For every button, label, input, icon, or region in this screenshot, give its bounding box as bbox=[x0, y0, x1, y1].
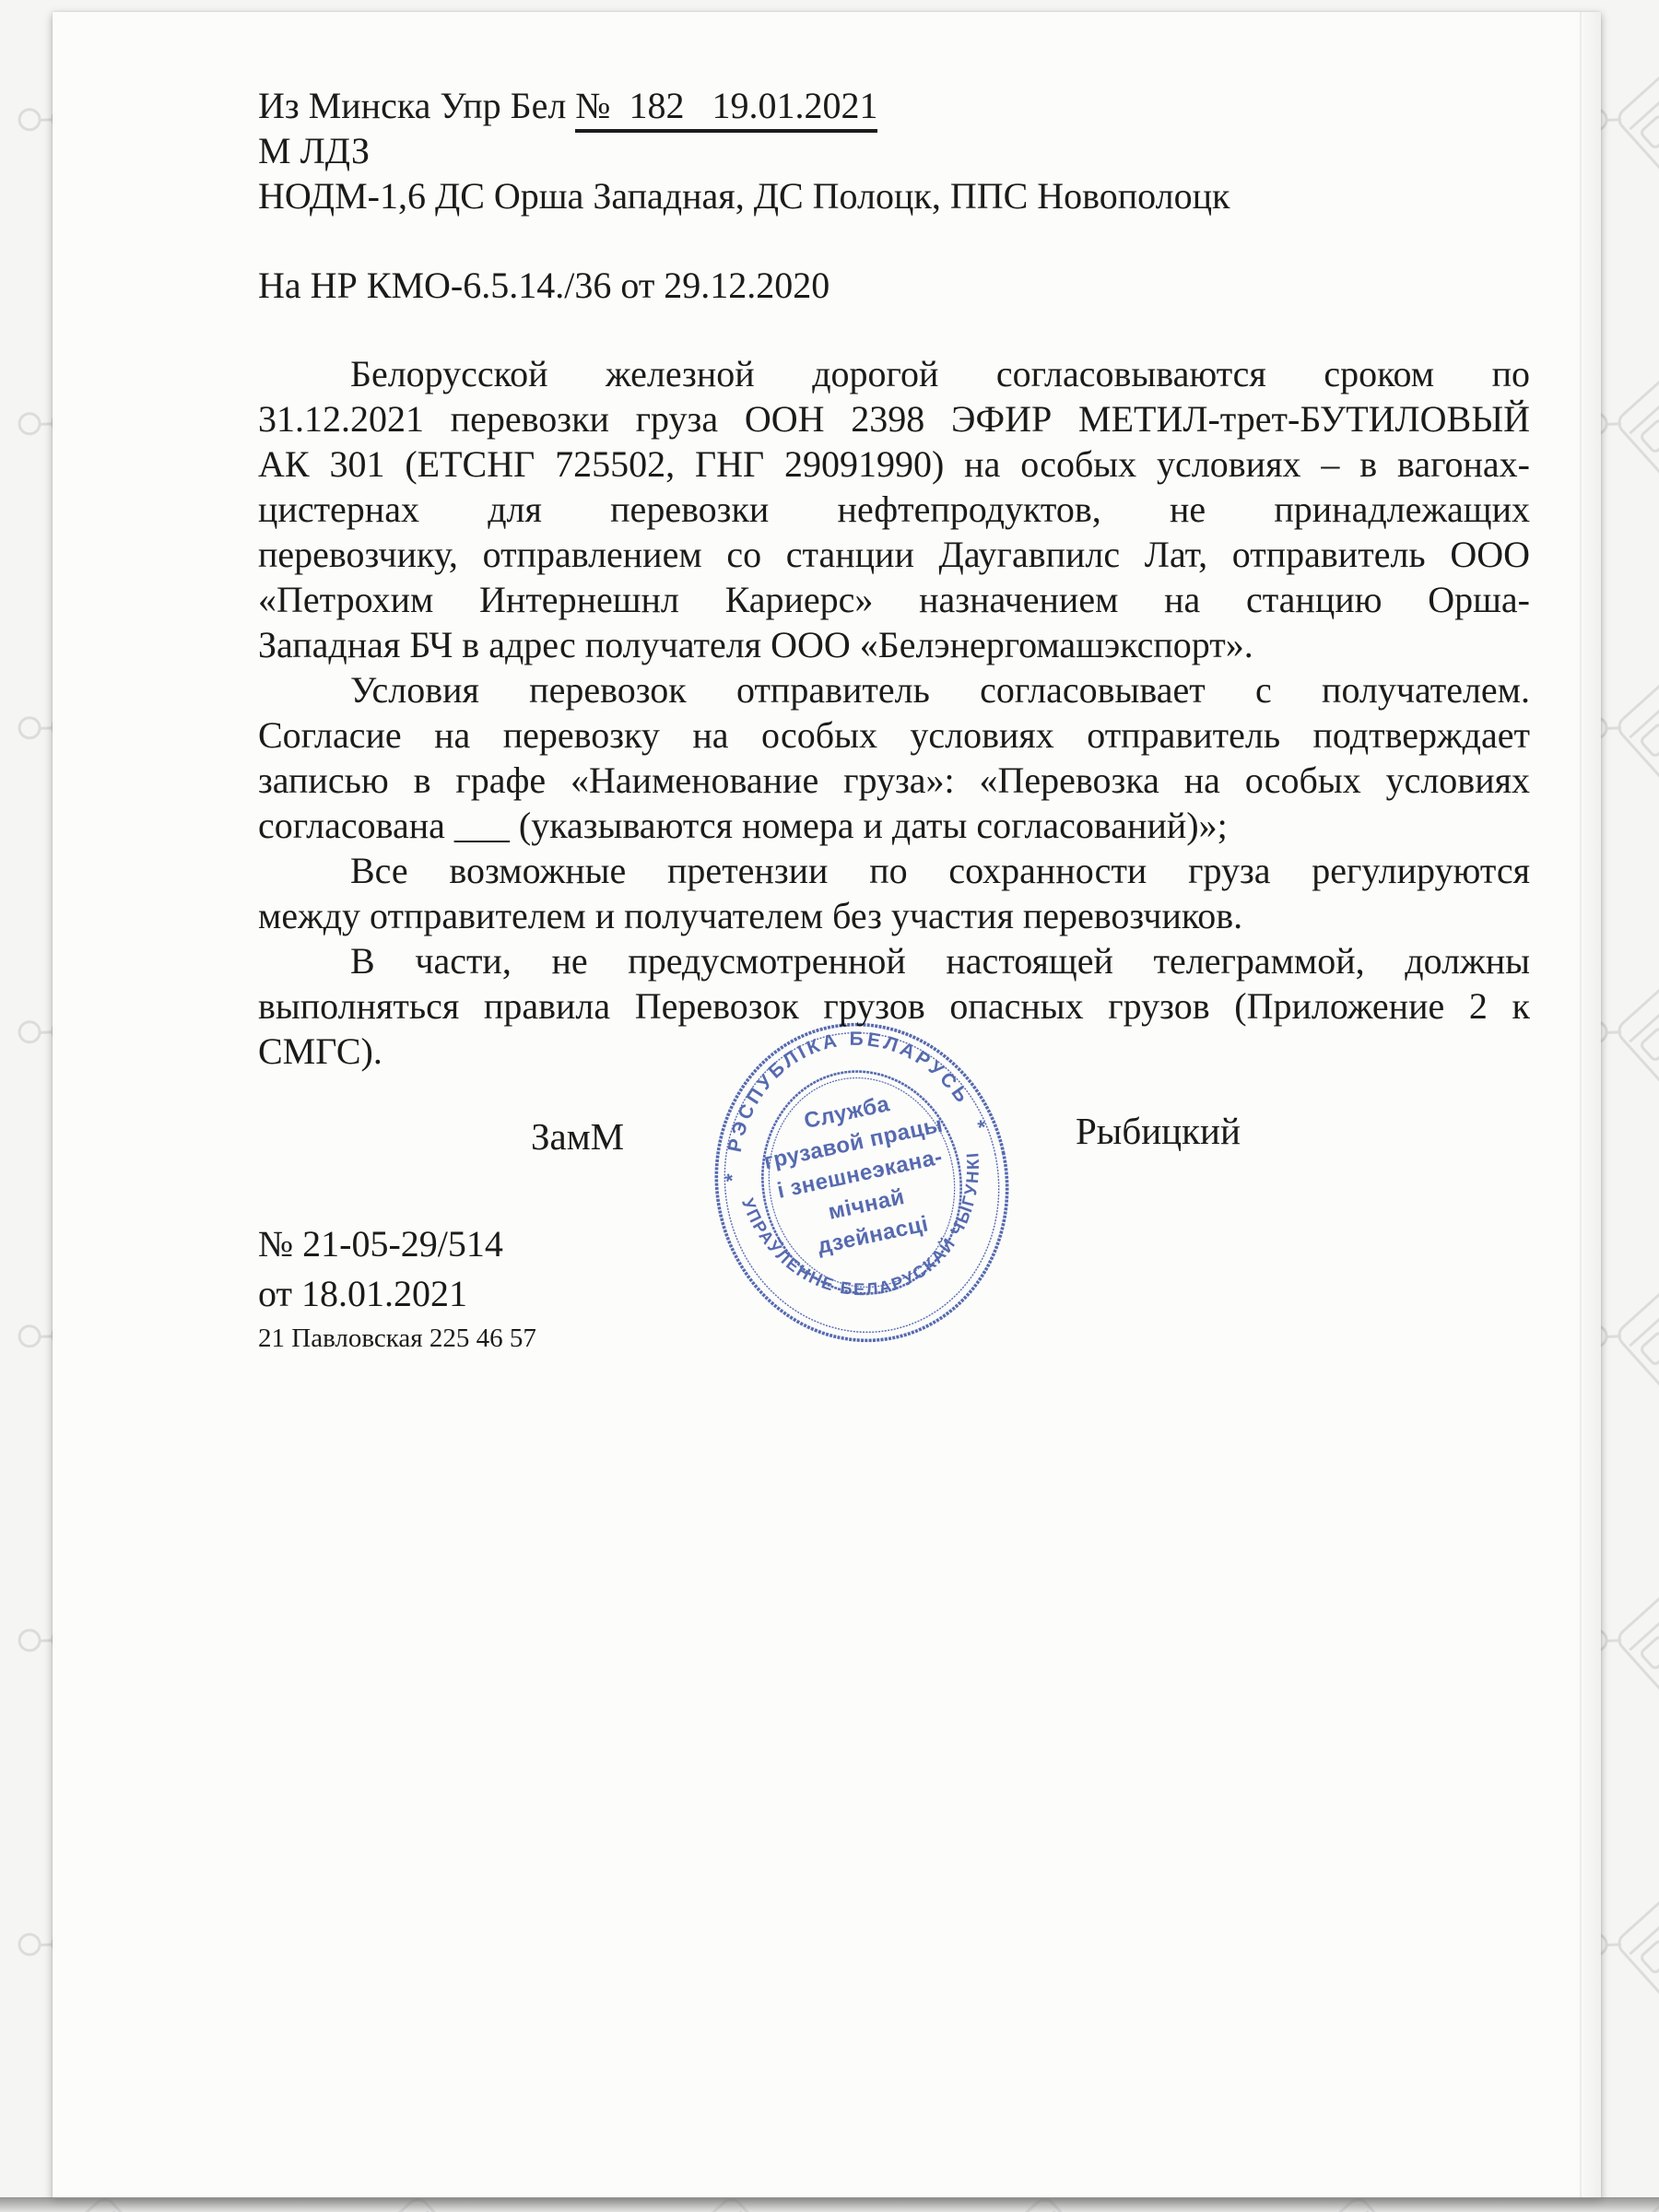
body-line: 31.12.2021 перевозки груза ООН 2398 ЭФИР… bbox=[258, 396, 1530, 441]
body-line: цистернах для перевозки нефтепродуктов, … bbox=[258, 487, 1530, 532]
scanned-document-view: Из Минска Упр Бел № 182 19.01.2021 М ЛДЗ… bbox=[0, 0, 1659, 2212]
stamp-separator-star-icon: * bbox=[724, 1169, 736, 1193]
body-line: согласована ___ (указываются номера и да… bbox=[258, 803, 1530, 848]
body-line: Согласие на перевозку на особых условиях… bbox=[258, 712, 1530, 758]
body-line: записью в графе «Наименование груза»: «П… bbox=[258, 758, 1530, 803]
addressee-line: М ЛДЗ bbox=[258, 128, 1530, 173]
document-number-underlined: № 182 19.01.2021 bbox=[575, 85, 877, 133]
round-stamp: РЭСПУБЛІКА БЕЛАРУСЬ УПРАЎЛЕННЕ БЕЛАРУСКА… bbox=[698, 1006, 1026, 1359]
body-line: между отправителем и получателем без уча… bbox=[258, 893, 1530, 938]
body-line: АК 301 (ЕТСНГ 725502, ГНГ 29091990) на о… bbox=[258, 441, 1530, 487]
from-line: Из Минска Упр Бел № 182 19.01.2021 bbox=[258, 83, 1530, 128]
body-line: В части, не предусмотренной настоящей те… bbox=[258, 938, 1530, 983]
reference-line: На НР КМО-6.5.14./36 от 29.12.2020 bbox=[258, 263, 1530, 308]
body-line: Белорусской железной дорогой согласовыва… bbox=[258, 351, 1530, 396]
document-body: Белорусской железной дорогой согласовыва… bbox=[258, 351, 1530, 1074]
from-line-prefix: Из Минска Упр Бел bbox=[258, 85, 575, 126]
body-line: перевозчику, отправлением со станции Дау… bbox=[258, 532, 1530, 577]
signer-position: ЗамМ bbox=[531, 1114, 624, 1159]
document-page: Из Минска Упр Бел № 182 19.01.2021 М ЛДЗ… bbox=[53, 12, 1601, 2198]
bottom-shadow-band bbox=[0, 2197, 1659, 2212]
signer-name: Рыбицкий bbox=[1076, 1109, 1241, 1153]
addressee-line: НОДМ-1,6 ДС Орша Западная, ДС Полоцк, ПП… bbox=[258, 173, 1530, 218]
body-line: Условия перевозок отправитель согласовыв… bbox=[258, 667, 1530, 712]
page-edge-shading bbox=[1575, 12, 1601, 2198]
document-header: Из Минска Упр Бел № 182 19.01.2021 М ЛДЗ… bbox=[258, 83, 1530, 218]
body-line: Западная БЧ в адрес получателя ООО «Белэ… bbox=[258, 622, 1530, 667]
body-line: Все возможные претензии по сохранности г… bbox=[258, 848, 1530, 893]
body-line: «Петрохим Интернешнл Кариерс» назначение… bbox=[258, 577, 1530, 622]
